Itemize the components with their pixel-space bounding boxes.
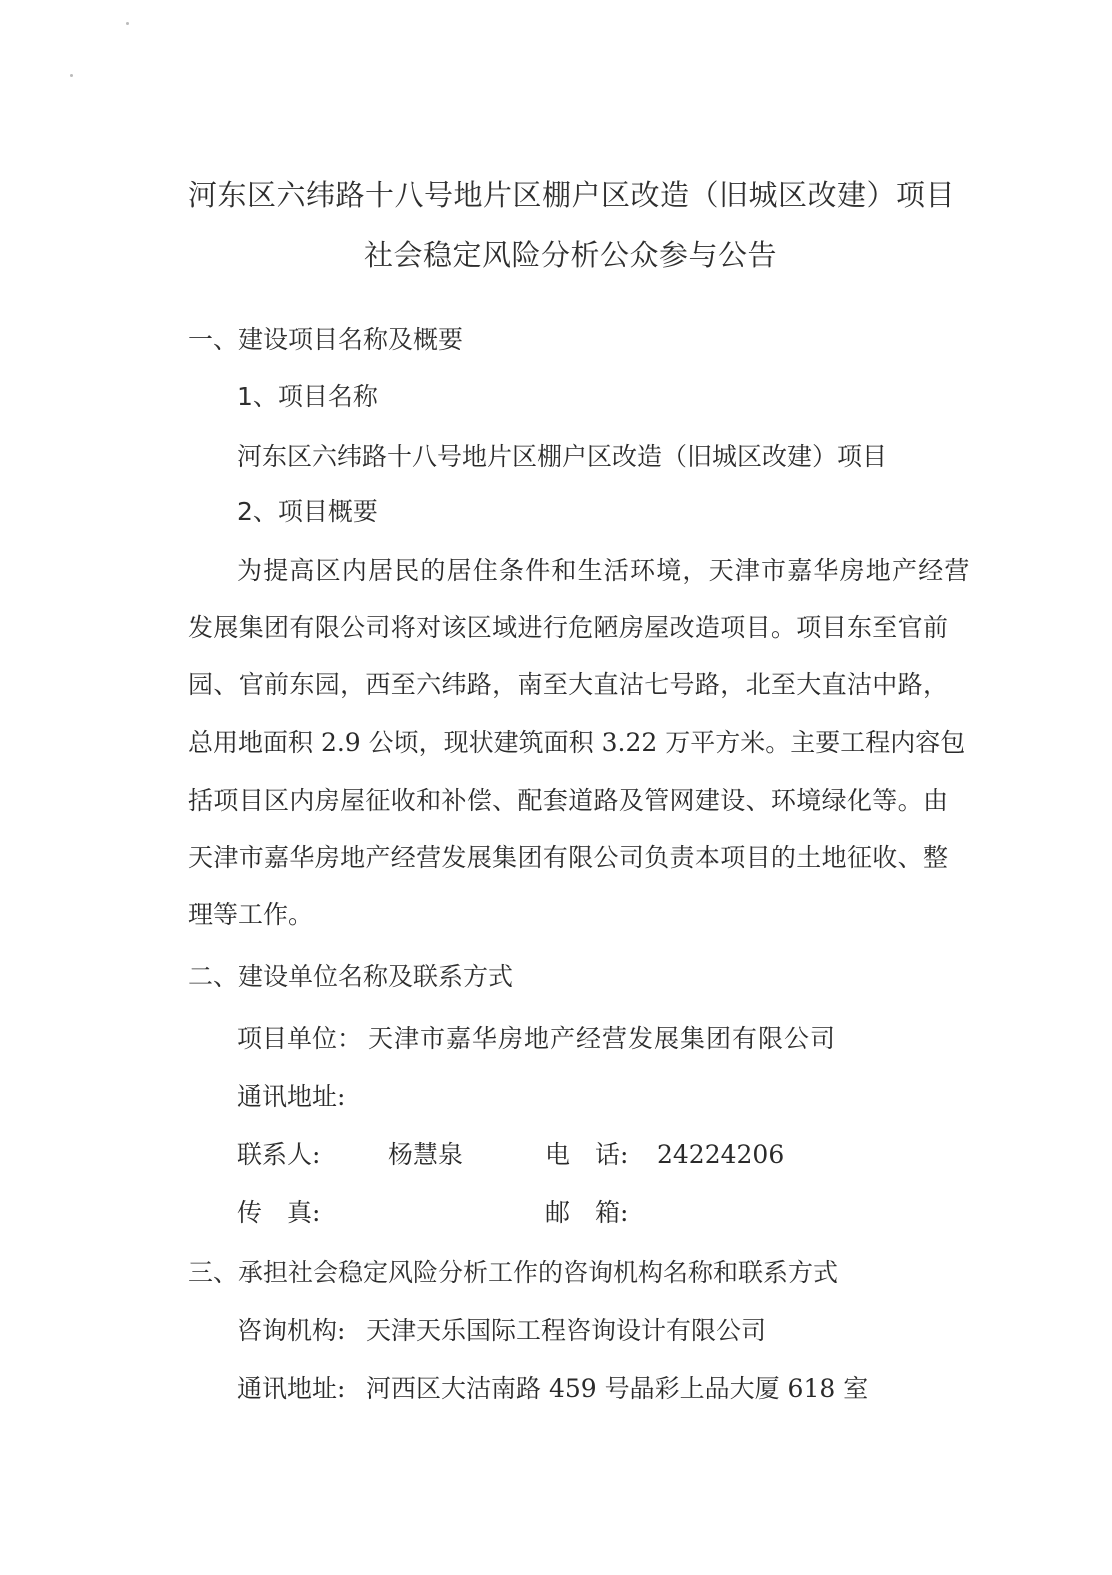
summary-line: 为提高区内居民的居住条件和生活环境，天津市嘉华房地产经营 xyxy=(237,556,947,586)
summary-line: 括项目区内房屋征收和补偿、配套道路及管网建设、环境绿化等。由 xyxy=(188,786,948,816)
contact-person-label: 联系人: xyxy=(237,1140,320,1170)
summary-line: 园、官前东园，西至六纬路，南至大直沽七号路，北至大直沽中路， xyxy=(188,670,948,700)
document-title-line-2: 社会稳定风险分析公众参与公告 xyxy=(364,240,777,270)
email-label: 邮 箱: xyxy=(545,1198,628,1228)
consulting-org-value: 天津天乐国际工程咨询设计有限公司 xyxy=(366,1316,766,1346)
summary-line: 总用地面积 2.9 公顷，现状建筑面积 3.22 万平方米。主要工程内容包 xyxy=(188,728,948,758)
subsection-1-heading: 1、项目名称 xyxy=(237,382,378,412)
consulting-address-label: 通讯地址: xyxy=(237,1374,345,1404)
fax-label: 传 真: xyxy=(237,1198,320,1228)
contact-person-value: 杨慧泉 xyxy=(388,1140,463,1170)
project-unit-value: 天津市嘉华房地产经营发展集团有限公司 xyxy=(368,1024,836,1054)
summary-line: 天津市嘉华房地产经营发展集团有限公司负责本项目的土地征收、整 xyxy=(188,843,948,873)
section-2-heading: 二、建设单位名称及联系方式 xyxy=(188,962,513,992)
project-unit-label: 项目单位： xyxy=(237,1024,362,1054)
phone-label: 电 话: xyxy=(545,1140,628,1170)
scan-speck xyxy=(126,22,129,25)
consulting-org-label: 咨询机构: xyxy=(237,1316,345,1346)
scan-speck xyxy=(70,74,73,77)
project-name: 河东区六纬路十八号地片区棚户区改造（旧城区改建）项目 xyxy=(237,442,887,472)
section-3-heading: 三、承担社会稳定风险分析工作的咨询机构名称和联系方式 xyxy=(188,1258,838,1288)
summary-line: 理等工作。 xyxy=(188,900,313,930)
phone-value: 24224206 xyxy=(657,1140,784,1170)
section-1-heading: 一、建设项目名称及概要 xyxy=(188,325,463,355)
address-label: 通讯地址: xyxy=(237,1082,345,1112)
subsection-2-heading: 2、项目概要 xyxy=(237,497,378,527)
document-title-line-1: 河东区六纬路十八号地片区棚户区改造（旧城区改建）项目 xyxy=(188,180,955,210)
summary-line: 发展集团有限公司将对该区域进行危陋房屋改造项目。项目东至官前 xyxy=(188,613,948,643)
consulting-address-value: 河西区大沽南路 459 号晶彩上品大厦 618 室 xyxy=(366,1374,868,1404)
